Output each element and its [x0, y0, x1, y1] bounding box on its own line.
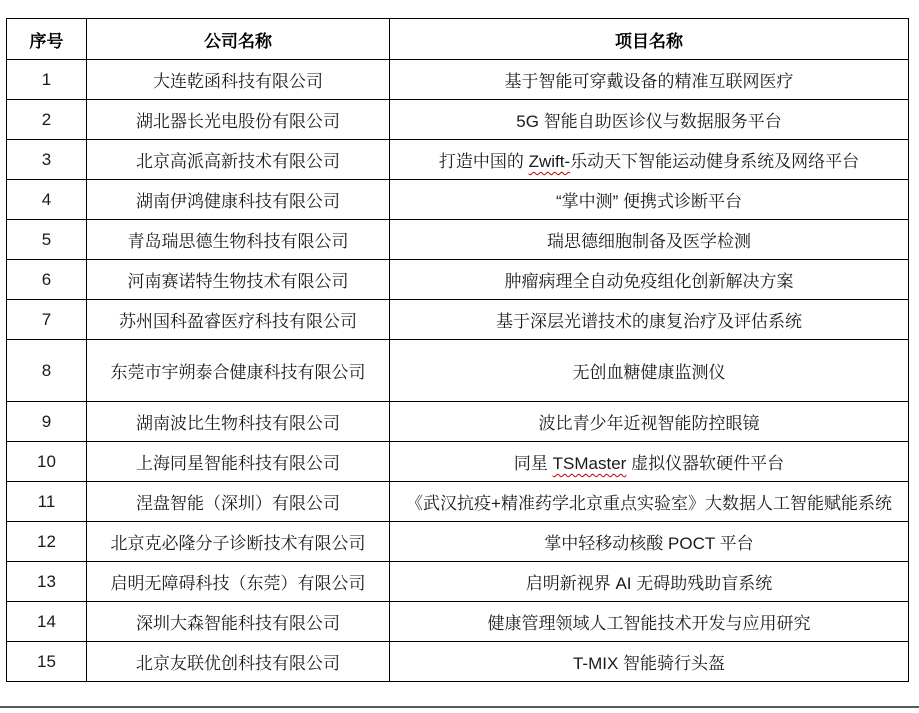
company-name-cell: 北京高派高新技术有限公司	[87, 140, 390, 180]
company-name-cell: 深圳大森智能科技有限公司	[87, 602, 390, 642]
company-name-cell: 上海同星智能科技有限公司	[87, 442, 390, 482]
row-number-cell: 9	[7, 402, 87, 442]
row-number-cell: 15	[7, 642, 87, 682]
project-text: 瑞思德细胞制备及医学检测	[547, 232, 751, 251]
table-row: 1大连乾函科技有限公司基于智能可穿戴设备的精准互联网医疗	[7, 60, 909, 100]
table-row: 4湖南伊鸿健康科技有限公司“掌中测” 便携式诊断平台	[7, 180, 909, 220]
company-name-cell: 湖南波比生物科技有限公司	[87, 402, 390, 442]
project-name-cell: 基于深层光谱技术的康复治疗及评估系统	[390, 300, 909, 340]
row-number-cell: 7	[7, 300, 87, 340]
table-row: 15北京友联优创科技有限公司T-MIX 智能骑行头盔	[7, 642, 909, 682]
company-name-cell: 湖北器长光电股份有限公司	[87, 100, 390, 140]
header-cell-no: 序号	[7, 19, 87, 60]
bottom-divider	[0, 706, 919, 708]
table-row: 9湖南波比生物科技有限公司波比青少年近视智能防控眼镜	[7, 402, 909, 442]
row-number-cell: 6	[7, 260, 87, 300]
project-name-cell: 启明新视界 AI 无碍助残助盲系统	[390, 562, 909, 602]
company-name-cell: 涅盘智能（深圳）有限公司	[87, 482, 390, 522]
project-text: 掌中轻移动核酸 POCT 平台	[544, 534, 753, 553]
project-text: 乐动天下智能运动健身系统及网络平台	[570, 152, 859, 171]
row-number-cell: 13	[7, 562, 87, 602]
header-cell-company: 公司名称	[87, 19, 390, 60]
company-name-cell: 青岛瑞思德生物科技有限公司	[87, 220, 390, 260]
company-name-cell: 启明无障碍科技（东莞）有限公司	[87, 562, 390, 602]
row-number-cell: 14	[7, 602, 87, 642]
project-text: 无创血糖健康监测仪	[573, 363, 726, 382]
row-number-cell: 5	[7, 220, 87, 260]
project-text: T-MIX 智能骑行头盔	[573, 654, 725, 673]
project-name-cell: 瑞思德细胞制备及医学检测	[390, 220, 909, 260]
project-name-cell: 肿瘤病理全自动免疫组化创新解决方案	[390, 260, 909, 300]
table-row: 11涅盘智能（深圳）有限公司《武汉抗疫+精准药学北京重点实验室》大数据人工智能赋…	[7, 482, 909, 522]
project-text: 《武汉抗疫+精准药学北京重点实验室》大数据人工智能赋能系统	[406, 494, 892, 513]
row-number-cell: 12	[7, 522, 87, 562]
row-number-cell: 10	[7, 442, 87, 482]
project-name-cell: T-MIX 智能骑行头盔	[390, 642, 909, 682]
project-name-cell: 《武汉抗疫+精准药学北京重点实验室》大数据人工智能赋能系统	[390, 482, 909, 522]
row-number-cell: 1	[7, 60, 87, 100]
project-text: 同星	[514, 454, 553, 473]
company-name-cell: 苏州国科盈睿医疗科技有限公司	[87, 300, 390, 340]
table-row: 6河南赛诺特生物技术有限公司肿瘤病理全自动免疫组化创新解决方案	[7, 260, 909, 300]
company-name-cell: 北京友联优创科技有限公司	[87, 642, 390, 682]
table-row: 14深圳大森智能科技有限公司健康管理领域人工智能技术开发与应用研究	[7, 602, 909, 642]
project-text: “掌中测” 便携式诊断平台	[556, 192, 742, 211]
company-name-cell: 河南赛诺特生物技术有限公司	[87, 260, 390, 300]
project-text: 打造中国的	[439, 152, 529, 171]
project-text: 5G 智能自助医诊仪与数据服务平台	[516, 112, 781, 131]
company-name-cell: 湖南伊鸿健康科技有限公司	[87, 180, 390, 220]
table-row: 7苏州国科盈睿医疗科技有限公司基于深层光谱技术的康复治疗及评估系统	[7, 300, 909, 340]
spellcheck-underline-text: Zwift-	[529, 152, 571, 171]
table-row: 12北京克必隆分子诊断技术有限公司掌中轻移动核酸 POCT 平台	[7, 522, 909, 562]
project-name-cell: “掌中测” 便携式诊断平台	[390, 180, 909, 220]
project-text: 波比青少年近视智能防控眼镜	[539, 414, 760, 433]
row-number-cell: 4	[7, 180, 87, 220]
project-name-cell: 掌中轻移动核酸 POCT 平台	[390, 522, 909, 562]
project-name-cell: 波比青少年近视智能防控眼镜	[390, 402, 909, 442]
table-row: 5青岛瑞思德生物科技有限公司瑞思德细胞制备及医学检测	[7, 220, 909, 260]
row-number-cell: 2	[7, 100, 87, 140]
project-name-cell: 健康管理领域人工智能技术开发与应用研究	[390, 602, 909, 642]
header-cell-project: 项目名称	[390, 19, 909, 60]
project-name-cell: 无创血糖健康监测仪	[390, 340, 909, 402]
company-name-cell: 大连乾函科技有限公司	[87, 60, 390, 100]
project-text: 启明新视界 AI 无碍助残助盲系统	[526, 574, 773, 593]
company-name-cell: 北京克必隆分子诊断技术有限公司	[87, 522, 390, 562]
row-number-cell: 8	[7, 340, 87, 402]
table-row: 13启明无障碍科技（东莞）有限公司启明新视界 AI 无碍助残助盲系统	[7, 562, 909, 602]
project-name-cell: 基于智能可穿戴设备的精准互联网医疗	[390, 60, 909, 100]
company-project-table: 序号 公司名称 项目名称 1大连乾函科技有限公司基于智能可穿戴设备的精准互联网医…	[6, 18, 909, 682]
table-row: 2湖北器长光电股份有限公司5G 智能自助医诊仪与数据服务平台	[7, 100, 909, 140]
table-body: 1大连乾函科技有限公司基于智能可穿戴设备的精准互联网医疗2湖北器长光电股份有限公…	[7, 60, 909, 682]
project-text: 健康管理领域人工智能技术开发与应用研究	[488, 614, 811, 633]
project-text: 虚拟仪器软硬件平台	[626, 454, 784, 473]
header-row: 序号 公司名称 项目名称	[7, 19, 909, 60]
spellcheck-underline-text: TSMaster	[553, 454, 627, 473]
document-page: 序号 公司名称 项目名称 1大连乾函科技有限公司基于智能可穿戴设备的精准互联网医…	[0, 0, 919, 713]
table-row: 3北京高派高新技术有限公司打造中国的 Zwift-乐动天下智能运动健身系统及网络…	[7, 140, 909, 180]
row-number-cell: 3	[7, 140, 87, 180]
project-name-cell: 同星 TSMaster 虚拟仪器软硬件平台	[390, 442, 909, 482]
company-name-cell: 东莞市宇朔泰合健康科技有限公司	[87, 340, 390, 402]
project-text: 肿瘤病理全自动免疫组化创新解决方案	[505, 272, 794, 291]
project-name-cell: 5G 智能自助医诊仪与数据服务平台	[390, 100, 909, 140]
table-row: 8东莞市宇朔泰合健康科技有限公司无创血糖健康监测仪	[7, 340, 909, 402]
project-text: 基于智能可穿戴设备的精准互联网医疗	[505, 72, 794, 91]
row-number-cell: 11	[7, 482, 87, 522]
project-text: 基于深层光谱技术的康复治疗及评估系统	[496, 312, 802, 331]
project-name-cell: 打造中国的 Zwift-乐动天下智能运动健身系统及网络平台	[390, 140, 909, 180]
table-row: 10上海同星智能科技有限公司同星 TSMaster 虚拟仪器软硬件平台	[7, 442, 909, 482]
